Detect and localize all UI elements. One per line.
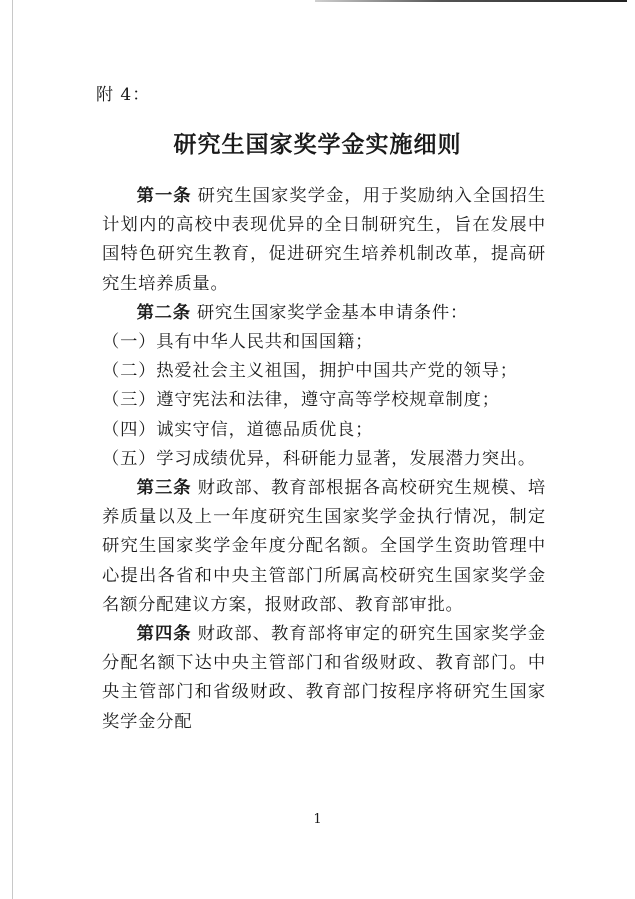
document-body: 第一条研究生国家奖学金，用于奖励纳入全国招生计划内的高校中表现优异的全日制研究生…: [102, 182, 546, 737]
article-1-label: 第一条: [137, 186, 192, 206]
document-title: 研究生国家奖学金实施细则: [0, 126, 635, 159]
article-2-text: 研究生国家奖学金基本申请条件：: [197, 303, 468, 323]
article-4-label: 第四条: [137, 624, 192, 644]
article-2-item-2: （二）热爱社会主义祖国，拥护中国共产党的领导；: [102, 357, 546, 386]
scan-top-edge: [315, 0, 627, 2]
article-3: 第三条财政部、教育部根据各高校研究生规模、培养质量以及上一年度研究生国家奖学金执…: [102, 474, 546, 620]
article-2: 第二条研究生国家奖学金基本申请条件：: [102, 299, 546, 328]
article-2-item-1: （一）具有中华人民共和国国籍；: [102, 328, 546, 357]
annex-label: 附 4：: [96, 80, 150, 105]
article-2-item-5: （五）学习成绩优异，科研能力显著，发展潜力突出。: [102, 445, 546, 474]
article-1: 第一条研究生国家奖学金，用于奖励纳入全国招生计划内的高校中表现优异的全日制研究生…: [102, 182, 546, 299]
article-4: 第四条财政部、教育部将审定的研究生国家奖学金分配名额下达中央主管部门和省级财政、…: [102, 620, 546, 737]
article-2-item-4: （四）诚实守信，道德品质优良；: [102, 416, 546, 445]
article-3-label: 第三条: [137, 478, 192, 498]
article-2-label: 第二条: [137, 303, 191, 323]
article-3-text: 财政部、教育部根据各高校研究生规模、培养质量以及上一年度研究生国家奖学金执行情况…: [102, 478, 546, 615]
article-2-item-3: （三）遵守宪法和法律，遵守高等学校规章制度；: [102, 386, 546, 415]
page-number: 1: [0, 812, 635, 827]
